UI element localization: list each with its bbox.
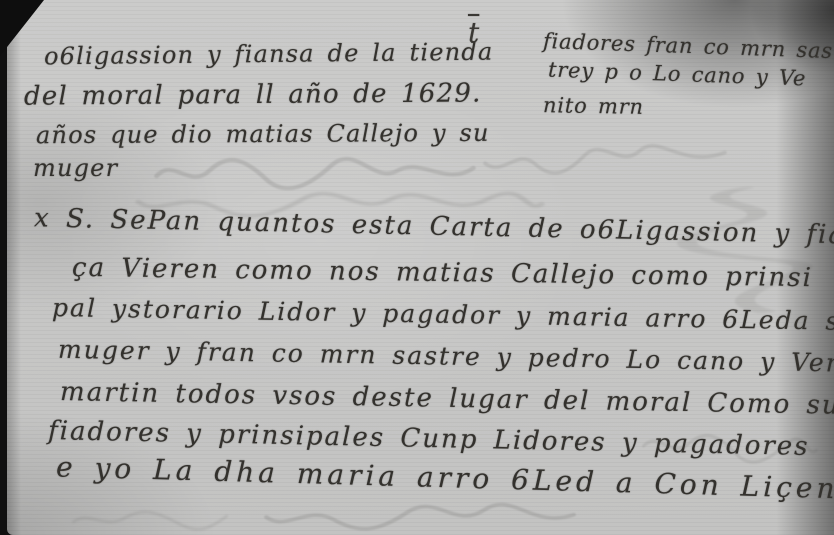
heading-line-2: del moral para ll año de 1629.: [24, 78, 482, 111]
superscript-t-mark: t: [452, 16, 495, 49]
margin-note-line-3: nito mrn: [543, 93, 644, 119]
manuscript-scan: { "colors": { "paper": "#c9c9c8", "ink":…: [0, 0, 834, 535]
heading-line-3: años que dio matias Callejo y su: [36, 119, 490, 149]
heading-line-1: o6ligassion y fiansa de la tienda: [44, 38, 494, 71]
heading-line-4: muger: [33, 154, 118, 182]
